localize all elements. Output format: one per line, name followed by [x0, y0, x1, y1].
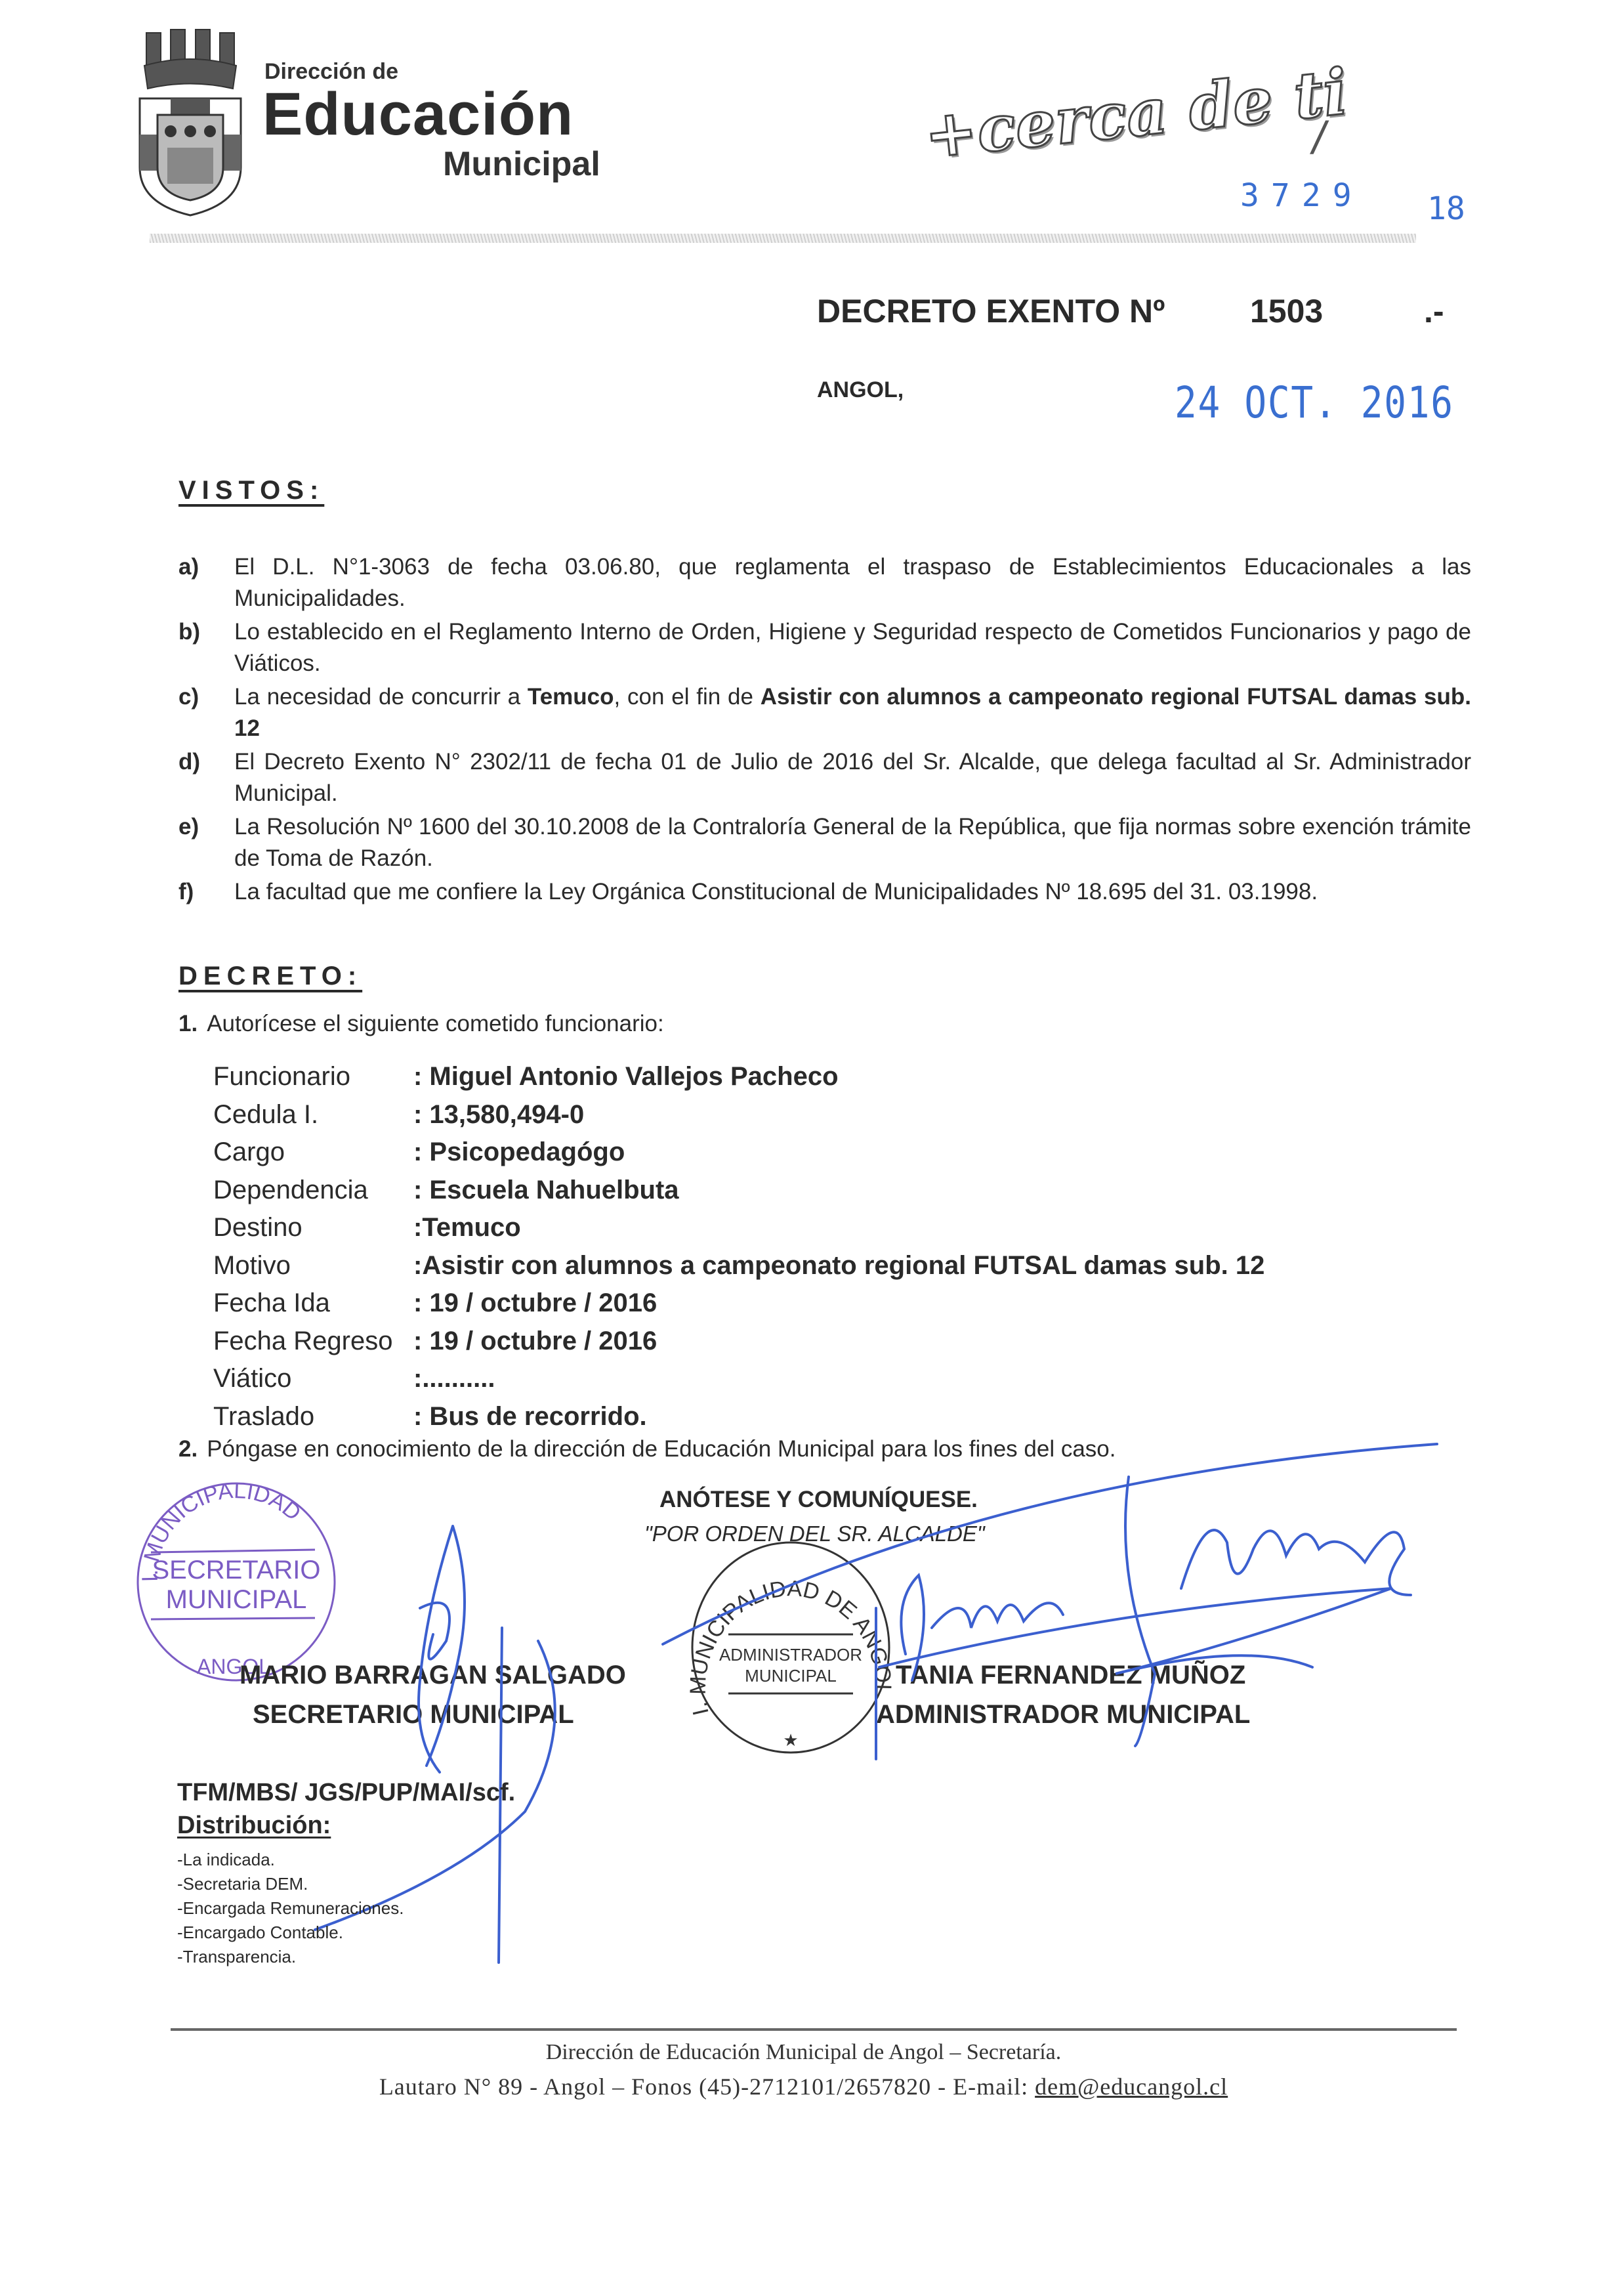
field-row: Viático:.......... [213, 1360, 1264, 1398]
field-label: Destino [213, 1213, 413, 1243]
brand-line-2: Educación [262, 84, 574, 144]
field-label: Funcionario [213, 1062, 413, 1092]
field-row: Cargo: Psicopedagógo [213, 1134, 1264, 1172]
field-label: Traslado [213, 1402, 413, 1432]
field-row: Fecha Ida: 19 / octubre / 2016 [213, 1285, 1264, 1323]
decree-title: DECRETO EXENTO Nº [817, 292, 1165, 330]
svg-text:MUNICIPAL: MUNICIPAL [745, 1666, 837, 1686]
footer-email-link[interactable]: dem@educangol.cl [1035, 2073, 1228, 2100]
place: ANGOL, [817, 377, 904, 403]
distribution-heading: Distribución: [177, 1812, 331, 1840]
signer-right-name: TANIA FERNANDEZ MUÑOZ [896, 1661, 1245, 1690]
closing-formula: ANÓTESE Y COMUNÍQUESE. [659, 1487, 978, 1513]
field-row: Cedula I.: 13,580,494-0 [213, 1096, 1264, 1134]
vistos-heading: VISTOS: [178, 476, 324, 505]
signer-left-role: SECRETARIO MUNICIPAL [253, 1700, 574, 1730]
field-row: Motivo:Asistir con alumnos a campeonato … [213, 1247, 1264, 1285]
footer-address: Lautaro N° 89 - Angol – Fonos (45)-27121… [379, 2073, 1035, 2100]
field-value: :Temuco [413, 1213, 521, 1243]
field-value: :Asistir con alumnos a campeonato region… [413, 1251, 1264, 1281]
svg-text:★: ★ [783, 1730, 798, 1750]
field-value: : Psicopedagógo [413, 1137, 625, 1167]
brand-line-3: Municipal [443, 144, 600, 184]
vistos-item: b)Lo establecido en el Reglamento Intern… [178, 616, 1471, 679]
item-letter: f) [178, 876, 234, 908]
field-row: Dependencia: Escuela Nahuelbuta [213, 1172, 1264, 1210]
field-label: Motivo [213, 1251, 413, 1281]
field-row: Fecha Regreso: 19 / octubre / 2016 [213, 1323, 1264, 1361]
decree-suffix: .- [1424, 292, 1444, 330]
item-letter: c) [178, 681, 234, 744]
item-text: La Resolución Nº 1600 del 30.10.2008 de … [234, 811, 1471, 874]
item-number: 1. [178, 1011, 198, 1036]
secretary-seal-stamp: I. MUNICIPALIDAD SECRETARIO MUNICIPAL AN… [125, 1474, 348, 1690]
field-value: :.......... [413, 1364, 495, 1393]
field-label: Fecha Ida [213, 1288, 413, 1318]
distribution-item: -Encargada Remuneraciones. [177, 1896, 404, 1921]
item-letter: a) [178, 551, 234, 614]
field-label: Viático [213, 1364, 413, 1393]
field-value: : 19 / octubre / 2016 [413, 1327, 657, 1356]
distribution-item: -Encargado Contable. [177, 1921, 404, 1945]
vistos-item: d)El Decreto Exento N° 2302/11 de fecha … [178, 746, 1471, 809]
field-label: Fecha Regreso [213, 1327, 413, 1356]
item-text: Autorícese el siguiente cometido funcion… [207, 1011, 664, 1036]
decreto-heading: DECRETO: [178, 962, 362, 991]
item-text: El Decreto Exento N° 2302/11 de fecha 01… [234, 746, 1471, 809]
vistos-item: f)La facultad que me confiere la Ley Org… [178, 876, 1471, 908]
decree-number: 1503 [1250, 292, 1323, 330]
received-stamp-suffix: 18 [1427, 190, 1465, 227]
footer-divider [171, 2028, 1457, 2031]
field-row: Destino:Temuco [213, 1209, 1264, 1247]
item-letter: b) [178, 616, 234, 679]
field-row: Traslado: Bus de recorrido. [213, 1398, 1264, 1436]
commission-fields: Funcionario: Miguel Antonio Vallejos Pac… [213, 1058, 1264, 1435]
svg-text:SECRETARIO: SECRETARIO [152, 1556, 320, 1584]
distribution-item: -La indicada. [177, 1848, 404, 1872]
item-letter: e) [178, 811, 234, 874]
text-part: , con el fin de [614, 684, 761, 710]
vistos-item: a)El D.L. N°1-3063 de fecha 03.06.80, qu… [178, 551, 1471, 614]
received-stamp-number: 3729 [1240, 177, 1364, 214]
administrator-seal-stamp: I. MUNICIPALIDAD DE ANGOL ADMINISTRADOR … [682, 1536, 899, 1759]
distribution-item: -Transparencia. [177, 1945, 404, 1969]
item-number: 2. [178, 1436, 198, 1462]
initials-line: TFM/MBS/ JGS/PUP/MAI/scf. [177, 1779, 515, 1807]
field-value: : 13,580,494-0 [413, 1100, 584, 1130]
destination-bold: Temuco [528, 684, 614, 710]
header-divider [150, 234, 1416, 243]
item-text: Póngase en conocimiento de la dirección … [207, 1436, 1116, 1462]
field-row: Funcionario: Miguel Antonio Vallejos Pac… [213, 1058, 1264, 1096]
footer-line-2: Lautaro N° 89 - Angol – Fonos (45)-27121… [0, 2073, 1607, 2100]
field-value: : 19 / octubre / 2016 [413, 1288, 657, 1318]
vistos-item: c)La necesidad de concurrir a Temuco, co… [178, 681, 1471, 744]
field-label: Cedula I. [213, 1100, 413, 1130]
signer-left-name: MARIO BARRAGAN SALGADO [240, 1661, 626, 1690]
text-part: La necesidad de concurrir a [234, 684, 528, 710]
field-value: : Bus de recorrido. [413, 1402, 647, 1432]
footer-line-1: Dirección de Educación Municipal de Ango… [0, 2040, 1607, 2065]
slogan: +cerca de ti [921, 54, 1350, 173]
signer-right-role: ADMINISTRADOR MUNICIPAL [876, 1700, 1250, 1730]
item-text: La facultad que me confiere la Ley Orgán… [234, 876, 1471, 908]
item-text: Lo establecido en el Reglamento Interno … [234, 616, 1471, 679]
date-stamp: 24 OCT. 2016 [1175, 377, 1454, 428]
field-value: : Miguel Antonio Vallejos Pacheco [413, 1062, 839, 1092]
decreto-item-2: 2.Póngase en conocimiento de la direcció… [178, 1436, 1116, 1462]
slogan-mark: / [1312, 112, 1325, 164]
distribution-list: -La indicada. -Secretaria DEM. -Encargad… [177, 1848, 404, 1969]
svg-text:ADMINISTRADOR: ADMINISTRADOR [719, 1645, 862, 1665]
distribution-item: -Secretaria DEM. [177, 1872, 404, 1896]
vistos-item: e)La Resolución Nº 1600 del 30.10.2008 d… [178, 811, 1471, 874]
item-text: La necesidad de concurrir a Temuco, con … [234, 681, 1471, 744]
municipal-crest-logo [135, 26, 246, 217]
field-label: Dependencia [213, 1176, 413, 1205]
svg-text:MUNICIPAL: MUNICIPAL [166, 1585, 307, 1614]
item-letter: d) [178, 746, 234, 809]
field-label: Cargo [213, 1137, 413, 1167]
decreto-item-1: 1.Autorícese el siguiente cometido funci… [178, 1011, 664, 1037]
vistos-list: a)El D.L. N°1-3063 de fecha 03.06.80, qu… [178, 551, 1471, 910]
item-text: El D.L. N°1-3063 de fecha 03.06.80, que … [234, 551, 1471, 614]
field-value: : Escuela Nahuelbuta [413, 1176, 679, 1205]
